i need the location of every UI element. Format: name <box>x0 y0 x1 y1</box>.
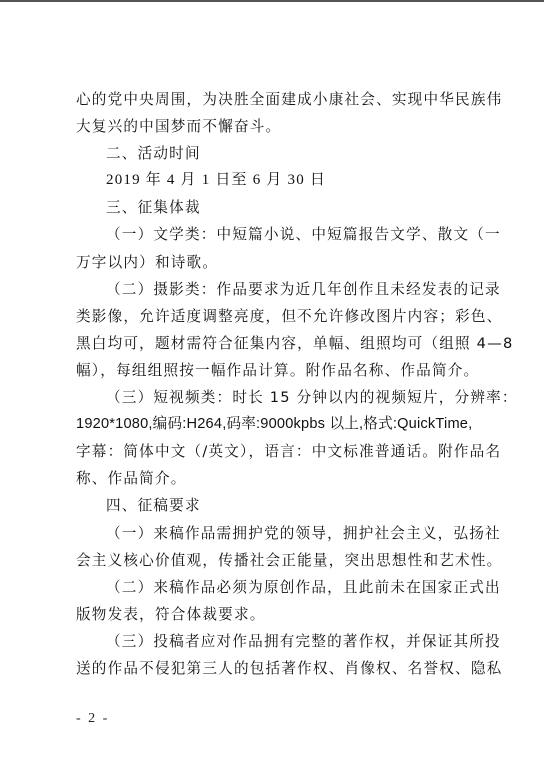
window-top-border <box>0 0 544 2</box>
paragraph-line: 大复兴的中国梦而不懈奋斗。 <box>76 113 478 140</box>
requirement-line: （三）投稿者应对作品拥有完整的著作权，并保证其所投 <box>76 628 478 655</box>
genre-photography-line: 幅），每组组照按一幅作品计算。附作品名称、作品简介。 <box>76 357 478 384</box>
requirement-line: 版物发表，符合体裁要求。 <box>76 601 478 628</box>
genre-short-video-specs: 1920*1080,编码:H264,码率:9000kpbs 以上,格式:Quic… <box>76 411 478 438</box>
paragraph-line: 心的党中央周围，为决胜全面建成小康社会、实现中华民族伟 <box>76 86 478 113</box>
genre-photography-line: 类影像，允许适度调整亮度，但不允许修改图片内容；彩色、 <box>76 303 478 330</box>
requirement-line: 送的作品不侵犯第三人的包括著作权、肖像权、名誉权、隐私 <box>76 655 478 682</box>
genre-short-video-line: 字幕：简体中文（/英文），语言：中文标准普通话。附作品名 <box>76 438 478 465</box>
requirement-line: （二）来稿作品必须为原创作品，且此前未在国家正式出 <box>76 574 478 601</box>
section-heading-genres: 三、征集体裁 <box>76 194 478 221</box>
requirement-line: 会主义核心价值观，传播社会正能量，突出思想性和艺术性。 <box>76 547 478 574</box>
requirement-line: （一）来稿作品需拥护党的领导，拥护社会主义，弘扬社 <box>76 520 478 547</box>
activity-date-range: 2019 年 4 月 1 日至 6 月 30 日 <box>76 167 478 194</box>
section-heading-requirements: 四、征稿要求 <box>76 492 478 519</box>
document-page-body: 心的党中央周围，为决胜全面建成小康社会、实现中华民族伟 大复兴的中国梦而不懈奋斗… <box>76 86 478 682</box>
genre-photography-line: 黑白均可，题材需符合征集内容，单幅、组照均可（组照 4—8 <box>76 330 478 357</box>
page-number: - 2 - <box>76 711 109 727</box>
genre-literature-line: 万字以内）和诗歌。 <box>76 249 478 276</box>
genre-short-video-line: 称、作品简介。 <box>76 465 478 492</box>
genre-photography-line: （二）摄影类：作品要求为近几年创作且未经发表的记录 <box>76 276 478 303</box>
section-heading-activity-time: 二、活动时间 <box>76 140 478 167</box>
genre-short-video-line: （三）短视频类：时长 15 分钟以内的视频短片，分辨率： <box>76 384 478 411</box>
genre-literature-line: （一）文学类：中短篇小说、中短篇报告文学、散文（一 <box>76 221 478 248</box>
